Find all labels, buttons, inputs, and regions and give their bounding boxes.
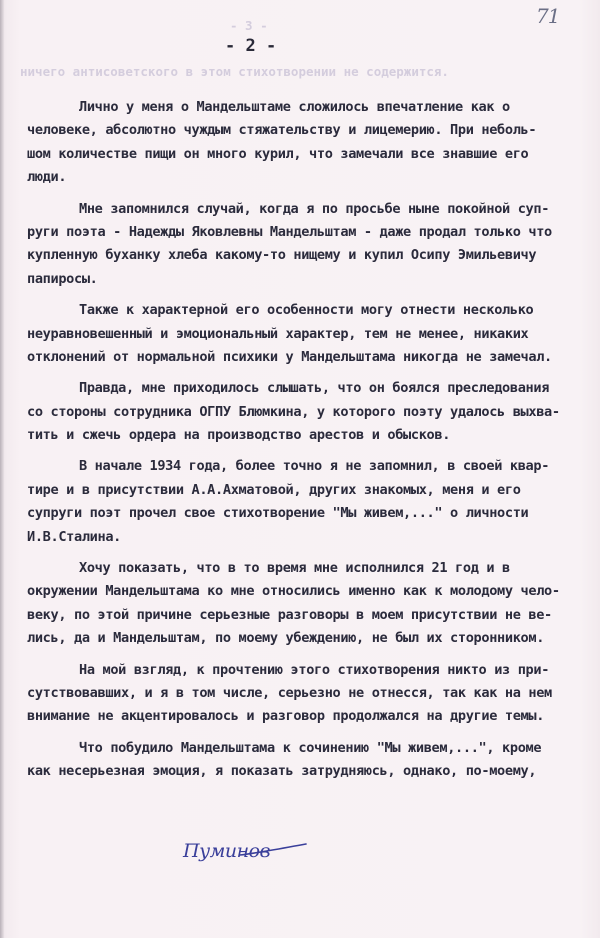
text-line: как несерьезная эмоция, я показать затру… xyxy=(27,760,587,783)
paragraph-gap xyxy=(27,729,587,737)
bleed-through-page-number: - 3 - xyxy=(230,18,268,33)
paragraph: Хочу показать, что в то время мне исполн… xyxy=(27,557,587,651)
text-line: На мой взгляд, к прочтению этого стихотв… xyxy=(27,659,587,682)
text-line: окружении Мандельштама ко мне относились… xyxy=(27,580,587,603)
paragraph-gap xyxy=(27,190,587,198)
folio-number: 71 xyxy=(536,4,559,28)
text-line: отклонений от нормальной психики у Манде… xyxy=(27,346,587,369)
text-line: супруги поэт прочел свое стихотворение "… xyxy=(27,502,587,525)
text-line: Также к характерной его особенности могу… xyxy=(27,299,587,322)
text-line: со стороны сотрудника ОГПУ Блюмкина, у к… xyxy=(27,401,587,424)
bleed-through-text: ничего антисоветского в этом стихотворен… xyxy=(20,64,449,79)
typewritten-body: Лично у меня о Мандельштаме сложилось вп… xyxy=(27,96,587,784)
paragraph-gap xyxy=(27,369,587,377)
text-line: И.В.Сталина. xyxy=(27,526,587,549)
paragraph-gap xyxy=(27,651,587,659)
text-line: Хочу показать, что в то время мне исполн… xyxy=(27,557,587,580)
paragraph: Что побудило Мандельштама к сочинению "М… xyxy=(27,737,587,784)
text-line: человеке, абсолютно чуждым стяжательству… xyxy=(27,119,587,142)
paragraph: Также к характерной его особенности могу… xyxy=(27,299,587,369)
page-number: - 2 - xyxy=(225,36,276,56)
paragraph-gap xyxy=(27,549,587,557)
paragraph-gap xyxy=(27,447,587,455)
paragraph: На мой взгляд, к прочтению этого стихотв… xyxy=(27,659,587,729)
text-line: шом количестве пищи он много курил, что … xyxy=(27,143,587,166)
page-edge-shadow xyxy=(0,0,4,938)
text-line: тить и сжечь ордера на производство арес… xyxy=(27,424,587,447)
text-line: папиросы. xyxy=(27,268,587,291)
text-line: сутствовавших, и я в том числе, серьезно… xyxy=(27,682,587,705)
text-line: Мне запомнился случай, когда я по просьб… xyxy=(27,198,587,221)
text-line: В начале 1934 года, более точно я не зап… xyxy=(27,455,587,478)
paragraph-gap xyxy=(27,291,587,299)
text-line: веку, по этой причине серьезные разговор… xyxy=(27,604,587,627)
text-line: Что побудило Мандельштама к сочинению "М… xyxy=(27,737,587,760)
text-line: неуравновешенный и эмоциональный характе… xyxy=(27,323,587,346)
text-line: купленную буханку хлеба какому-то нищему… xyxy=(27,244,587,267)
text-line: Лично у меня о Мандельштаме сложилось вп… xyxy=(27,96,587,119)
text-line: люди. xyxy=(27,166,587,189)
text-line: руги поэта - Надежды Яковлевны Мандельшт… xyxy=(27,221,587,244)
document-page: - 3 - ничего антисоветского в этом стихо… xyxy=(0,0,600,938)
paragraph: Правда, мне приходилось слышать, что он … xyxy=(27,377,587,447)
paragraph: Мне запомнился случай, когда я по просьб… xyxy=(27,198,587,292)
paragraph: В начале 1934 года, более точно я не зап… xyxy=(27,455,587,549)
text-line: лись, да и Мандельштам, по моему убежден… xyxy=(27,627,587,650)
signature-flourish xyxy=(238,843,308,857)
text-line: тире и в присутствии А.А.Ахматовой, друг… xyxy=(27,479,587,502)
text-line: внимание не акцентировалось и разговор п… xyxy=(27,705,587,728)
text-line: Правда, мне приходилось слышать, что он … xyxy=(27,377,587,400)
paragraph: Лично у меня о Мандельштаме сложилось вп… xyxy=(27,96,587,190)
